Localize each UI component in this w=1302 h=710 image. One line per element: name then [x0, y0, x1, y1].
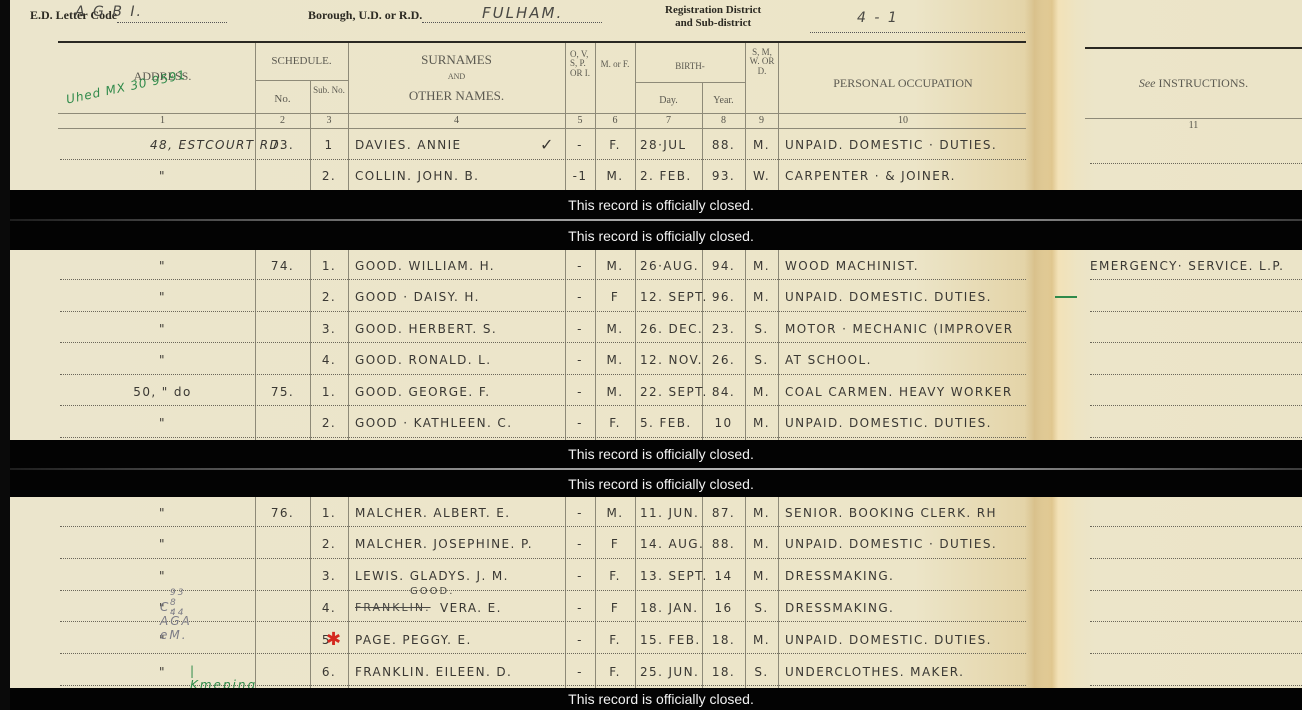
col-num-6: 6 [595, 115, 635, 126]
sex-cell: F. [595, 408, 635, 439]
schedule-no-cell: 74. [255, 250, 310, 281]
sex-cell: M. [595, 345, 635, 376]
ovspi-cell: - [565, 345, 595, 376]
name-cell: PAGE. PEGGY. E. [355, 624, 472, 655]
sex-cell: M. [595, 160, 635, 191]
occupation-cell: UNPAID. DOMESTIC. DUTIES. [785, 282, 992, 313]
ovspi-cell: -1 [565, 160, 595, 191]
birth-day-cell: 11. JUN. [640, 497, 699, 528]
ovspi-cell: - [565, 376, 595, 407]
birth-year-cell: 94. [702, 250, 745, 281]
name-cell: MALCHER. JOSEPHINE. P. [355, 529, 533, 560]
address-cell: " [70, 250, 255, 281]
name-cell: GOOD · KATHLEEN. C. [355, 408, 512, 439]
schedule-no-cell [255, 624, 310, 655]
birth-day-cell: 12. SEPT. [640, 282, 708, 313]
col-schedule-header: SCHEDULE. [255, 55, 348, 67]
ovspi-cell: - [565, 250, 595, 281]
schedule-no-cell: 75. [255, 376, 310, 407]
ovspi-cell: - [565, 624, 595, 655]
schedule-no-cell: 76. [255, 497, 310, 528]
address-annotation-date: 93 8 44 [170, 588, 185, 618]
sex-cell: M. [595, 250, 635, 281]
birth-year-cell: 23. [702, 313, 745, 344]
table-row: "4.GOOD. RONALD. L.-M.12. NOV.26.S.AT SC… [10, 345, 1302, 376]
birth-day-cell: 5. FEB. [640, 408, 692, 439]
schedule-no-cell [255, 592, 310, 623]
col-names-header-2: AND [348, 73, 565, 82]
sub-no-cell: 2. [310, 408, 348, 439]
schedule-no-cell [255, 345, 310, 376]
col-names-header-1: SURNAMES [348, 53, 565, 67]
sex-cell: M. [595, 497, 635, 528]
address-cell: " [70, 561, 255, 592]
birth-year-cell: 96. [702, 282, 745, 313]
birth-day-cell: 14. AUG. [640, 529, 704, 560]
sex-cell: M. [595, 376, 635, 407]
ovspi-cell: - [565, 592, 595, 623]
name-cell: GOOD · DAISY. H. [355, 282, 480, 313]
occupation-cell: AT SCHOOL. [785, 345, 872, 376]
sub-no-cell: 3. [310, 313, 348, 344]
borough-value: FULHAM. [482, 4, 563, 22]
birth-day-cell: 26·AUG. [640, 250, 699, 281]
table-row: "4.VERA. E.-F18. JAN.16S.DRESSMAKING. [10, 592, 1302, 623]
col-num-9: 9 [745, 115, 778, 126]
col-instructions-header: See INSTRUCTIONS. [1085, 77, 1302, 90]
closed-record-bar: This record is officially closed. [10, 190, 1302, 220]
closed-record-bar: This record is officially closed. [10, 440, 1302, 468]
instructions-label: INSTRUCTIONS. [1158, 76, 1248, 90]
schedule-no-cell [255, 529, 310, 560]
registration-district-label: Registration District and Sub-district [665, 4, 761, 29]
occupation-cell: UNPAID. DOMESTIC. DUTIES. [785, 408, 992, 439]
occupation-cell: UNPAID. DOMESTIC. DUTIES. [785, 624, 992, 655]
sex-cell: F. [595, 656, 635, 687]
address-cell: " [70, 160, 255, 191]
col-birth-header: BIRTH- [635, 62, 745, 72]
col-birth-year-header: Year. [702, 95, 745, 106]
registration-label-line2: and Sub-district [665, 17, 761, 30]
marital-cell: M. [745, 376, 778, 407]
col-sex-header: M. or F. [600, 60, 630, 69]
birth-day-cell: 25. JUN. [640, 656, 699, 687]
birth-year-cell: 88. [702, 529, 745, 560]
sex-cell: F [595, 282, 635, 313]
birth-day-cell: 26. DEC. [640, 313, 703, 344]
table-row: "76.1.MALCHER. ALBERT. E.-M.11. JUN.87.M… [10, 497, 1302, 528]
schedule-no-cell [255, 313, 310, 344]
closed-record-bar: This record is officially closed. [10, 221, 1302, 250]
birth-day-cell: 13. SEPT. [640, 561, 708, 592]
marital-cell: M. [745, 561, 778, 592]
sub-no-cell: 6. [310, 656, 348, 687]
col-num-4: 4 [348, 115, 565, 126]
marital-cell: S. [745, 345, 778, 376]
closed-record-bar: This record is officially closed. [10, 688, 1302, 710]
header-rule [58, 41, 1026, 43]
borough-label: Borough, U.D. or R.D. [308, 8, 422, 22]
ovspi-cell: - [565, 282, 595, 313]
remark-cell: EMERGENCY· SERVICE. L.P. [1090, 250, 1284, 281]
red-star-icon: ✱ [326, 629, 343, 650]
col-names-header-3: OTHER NAMES. [348, 89, 565, 103]
ovspi-cell: - [565, 408, 595, 439]
table-row: " 2. COLLIN. JOHN. B. -1 M. 2. FEB. 93. … [10, 160, 1302, 191]
occupation-cell: CARPENTER · & JOINER. [785, 160, 956, 191]
birth-year-cell: 18. [702, 624, 745, 655]
sub-no-cell: 3. [310, 561, 348, 592]
sub-no-cell: 2. [310, 160, 348, 191]
schedule-no-cell [255, 656, 310, 687]
ovspi-cell: - [565, 497, 595, 528]
address-cell: " [70, 282, 255, 313]
marital-cell: M. [745, 497, 778, 528]
marital-cell: M. [745, 129, 778, 160]
header-rule-right [1085, 47, 1302, 49]
green-dash-mark [1055, 296, 1077, 298]
schedule-no-cell [255, 408, 310, 439]
sub-no-cell: 4. [310, 345, 348, 376]
name-cell: DAVIES. ANNIE [355, 129, 462, 160]
registration-district-value: 4 - 1 [857, 10, 899, 26]
occupation-cell: DRESSMAKING. [785, 592, 894, 623]
marital-cell: M. [745, 250, 778, 281]
table-row: "74.1.GOOD. WILLIAM. H.-M.26·AUG.94.M.WO… [10, 250, 1302, 281]
col-num-1: 1 [70, 115, 255, 126]
birth-year-cell: 10 [702, 408, 745, 439]
sub-no-cell: 2. [310, 282, 348, 313]
ovspi-cell: - [565, 656, 595, 687]
schedule-no-cell [255, 561, 310, 592]
sub-no-cell: 4. [310, 592, 348, 623]
occupation-cell: WOOD MACHINIST. [785, 250, 919, 281]
name-cell: GOOD. RONALD. L. [355, 345, 491, 376]
table-row: "3.GOOD. HERBERT. S.-M.26. DEC.23.S.MOTO… [10, 313, 1302, 344]
birth-year-cell: 26. [702, 345, 745, 376]
closed-record-bar: This record is officially closed. [10, 470, 1302, 497]
col-occupation-header: PERSONAL OCCUPATION [778, 77, 1028, 90]
name-cell: GOOD. HERBERT. S. [355, 313, 497, 344]
col-num-2: 2 [255, 115, 310, 126]
name-cell: FRANKLIN. EILEEN. D. [355, 656, 512, 687]
table-row: 50, " do75.1.GOOD. GEORGE. F.-M.22. SEPT… [10, 376, 1302, 407]
col-num-7: 7 [635, 115, 702, 126]
col-schedule-sub-header: Sub. No. [312, 86, 346, 95]
birth-year-cell: 93. [702, 160, 745, 191]
register-page: E.D. Letter Code A G B I. Borough, U.D. … [10, 0, 1302, 710]
address-cell: " [70, 345, 255, 376]
sex-cell: F [595, 592, 635, 623]
sex-cell: F [595, 529, 635, 560]
marital-cell: W. [745, 160, 778, 191]
name-cell: COLLIN. JOHN. B. [355, 160, 479, 191]
name-cell: GOOD. WILLIAM. H. [355, 250, 495, 281]
marital-cell: M. [745, 408, 778, 439]
registration-label-line1: Registration District [665, 4, 761, 17]
table-row: "5.PAGE. PEGGY. E.-F.15. FEB.18.M.UNPAID… [10, 624, 1302, 655]
sub-no-cell: 1. [310, 250, 348, 281]
birth-day-cell: 12. NOV. [640, 345, 703, 376]
marital-cell: S. [745, 656, 778, 687]
occupation-cell: UNPAID. DOMESTIC · DUTIES. [785, 529, 997, 560]
schedule-no-cell: 73. [255, 129, 310, 160]
occupation-cell: UNDERCLOTHES. MAKER. [785, 656, 964, 687]
birth-day-cell: 28·JUL [640, 129, 687, 160]
marital-cell: M. [745, 624, 778, 655]
table-row: "3.LEWIS. GLADYS. J. M.-F.13. SEPT.14M.D… [10, 561, 1302, 592]
sex-cell: M. [595, 313, 635, 344]
birth-year-cell: 16 [702, 592, 745, 623]
name-cell: GOOD. GEORGE. F. [355, 376, 490, 407]
marital-cell: M. [745, 282, 778, 313]
address-cell: 50, " do [70, 376, 255, 407]
birth-year-cell: 18. [702, 656, 745, 687]
marital-cell: S. [745, 313, 778, 344]
ovspi-cell: - [565, 129, 595, 160]
birth-year-cell: 14 [702, 561, 745, 592]
birth-day-cell: 15. FEB. [640, 624, 701, 655]
table-row: "2.GOOD · DAISY. H.-F12. SEPT.96.M.UNPAI… [10, 282, 1302, 313]
see-label: See [1139, 76, 1156, 90]
sub-no-cell: 1 [310, 129, 348, 160]
table-row: "2.GOOD · KATHLEEN. C.-F.5. FEB.10M.UNPA… [10, 408, 1302, 439]
sex-cell: F. [595, 129, 635, 160]
col-num-8: 8 [702, 115, 745, 126]
col-num-5: 5 [565, 115, 595, 126]
occupation-cell: MOTOR · MECHANIC (IMPROVER [785, 313, 1014, 344]
sub-no-cell: 1. [310, 497, 348, 528]
col-marital-header: S, M, W. or D. [748, 48, 776, 76]
address-cell: " [70, 497, 255, 528]
sex-cell: F. [595, 561, 635, 592]
col-num-3: 3 [310, 115, 348, 126]
birth-year-cell: 84. [702, 376, 745, 407]
marital-cell: M. [745, 529, 778, 560]
occupation-cell: COAL CARMEN. HEAVY WORKER [785, 376, 1013, 407]
marital-cell: S. [745, 592, 778, 623]
occupation-cell: DRESSMAKING. [785, 561, 894, 592]
col-ovspi-header: O, V, S, P. or I. [567, 50, 593, 78]
table-row: 48, ESTCOURT RD. 73. 1 DAVIES. ANNIE ✓ -… [10, 129, 1302, 160]
ovspi-cell: - [565, 529, 595, 560]
struck-surname: FRANKLIN. [355, 601, 431, 614]
address-cell: " [70, 313, 255, 344]
occupation-cell: UNPAID. DOMESTIC · DUTIES. [785, 129, 997, 160]
birth-year-cell: 88. [702, 129, 745, 160]
checkmark-icon: ✓ [540, 129, 555, 160]
table-row: "2.MALCHER. JOSEPHINE. P.-F14. AUG.88.M.… [10, 529, 1302, 560]
name-correction: GOOD. [410, 586, 454, 597]
sex-cell: F. [595, 624, 635, 655]
birth-day-cell: 18. JAN. [640, 592, 698, 623]
birth-day-cell: 22. SEPT. [640, 376, 708, 407]
sub-no-cell: 1. [310, 376, 348, 407]
col-schedule-no-header: No. [255, 93, 310, 105]
ovspi-cell: - [565, 561, 595, 592]
registration-dotted-line [810, 32, 1025, 33]
closed-separator [10, 468, 1302, 470]
birth-day-cell: 2. FEB. [640, 160, 692, 191]
sub-no-cell: 2. [310, 529, 348, 560]
address-cell: " [70, 529, 255, 560]
ed-letter-code-value: A G B I. [75, 4, 143, 20]
occupation-cell: SENIOR. BOOKING CLERK. RH [785, 497, 997, 528]
name-cell: MALCHER. ALBERT. E. [355, 497, 510, 528]
schedule-no-cell [255, 282, 310, 313]
address-cell: " [70, 408, 255, 439]
col-num-10: 10 [778, 115, 1028, 126]
birth-year-cell: 87. [702, 497, 745, 528]
closed-separator [10, 219, 1302, 221]
ovspi-cell: - [565, 313, 595, 344]
col-birth-day-header: Day. [635, 95, 702, 106]
